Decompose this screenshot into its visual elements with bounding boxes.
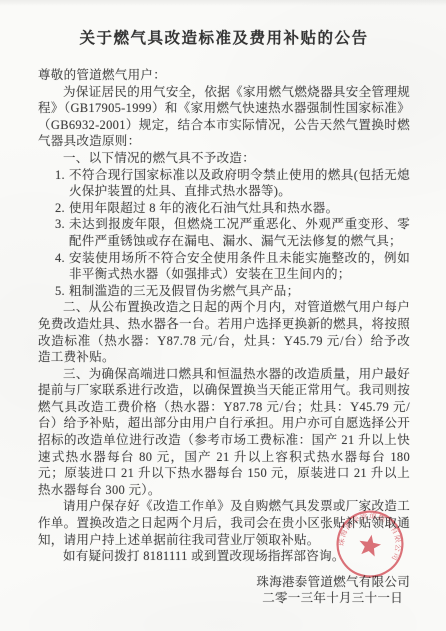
signature-block: 珠海港泰管道燃气有限公司 二零一三年十月三十一日 — [38, 574, 410, 607]
list-item-number: 5. — [55, 283, 69, 300]
salutation: 尊敬的管道燃气用户： — [38, 67, 410, 84]
paragraph-intro: 为保证居民的用气安全，依据《家用燃气燃烧器具安全管理规程》（GB17905-19… — [38, 84, 410, 150]
list-item-text: 粗制滥造的三无及假冒伪劣燃气具产品； — [69, 283, 410, 300]
paragraph-section-two: 二、从公布置换改造之日起的两个月内，对管道燃气用户每户免费改造灶具、热水器各一台… — [38, 299, 410, 365]
company-signature: 珠海港泰管道燃气有限公司 — [38, 574, 410, 591]
list-item-text: 使用年限超过 8 年的液化石油气灶具和热水器。 — [69, 200, 410, 217]
list-item: 1. 不符合现行国家标准以及政府明令禁止使用的燃具(包括无熄火保护装置的灶具、直… — [55, 167, 410, 200]
paragraph-section-three: 三、为确保高端进口燃具和恒温热水器的改造质量，用户最好提前与厂家联系进行改造，以… — [38, 366, 410, 499]
rules-heading: 一、以下情况的燃气具不予改造： — [38, 150, 410, 167]
document-body: 尊敬的管道燃气用户： 为保证居民的用气安全，依据《家用燃气燃烧器具安全管理规程》… — [38, 67, 410, 607]
list-item: 2. 使用年限超过 8 年的液化石油气灶具和热水器。 — [55, 200, 410, 217]
paragraph-keep-receipts: 请用户保存好《改造工作单》及自购燃气具发票或厂家改造工作单。置换改造之日起两个月… — [38, 498, 410, 548]
paragraph-contact: 如有疑问拨打 8181111 或到置改现场指挥部咨询。 — [38, 548, 410, 565]
list-item-number: 4. — [55, 250, 69, 283]
list-item-text: 不符合现行国家标准以及政府明令禁止使用的燃具(包括无熄火保护装置的灶具、直排式热… — [69, 167, 410, 200]
list-item: 5. 粗制滥造的三无及假冒伪劣燃气具产品； — [55, 283, 410, 300]
document-title: 关于燃气具改造标准及费用补贴的公告 — [38, 26, 410, 48]
list-item-number: 1. — [55, 167, 69, 200]
list-item-text: 未达到报废年限，但燃烧工况严重恶化、外观严重变形、零配件严重锈蚀或存在漏电、漏水… — [69, 216, 410, 249]
rules-list: 1. 不符合现行国家标准以及政府明令禁止使用的燃具(包括无熄火保护装置的灶具、直… — [55, 167, 410, 300]
document-date: 二零一三年十月三十一日 — [38, 590, 410, 607]
list-item: 4. 安装使用场所不符合安全使用条件且未能实施整改的，例如非平衡式热水器（如强排… — [55, 250, 410, 283]
list-item-text: 安装使用场所不符合安全使用条件且未能实施整改的，例如非平衡式热水器（如强排式）安… — [69, 250, 410, 283]
list-item-number: 3. — [55, 216, 69, 249]
notice-document: 关于燃气具改造标准及费用补贴的公告 尊敬的管道燃气用户： 为保证居民的用气安全，… — [0, 0, 446, 607]
scanned-notice-page: { "page": { "paper_color": "#fafaf8", "i… — [0, 0, 446, 631]
list-item-number: 2. — [55, 200, 69, 217]
list-item: 3. 未达到报废年限，但燃烧工况严重恶化、外观严重变形、零配件严重锈蚀或存在漏电… — [55, 216, 410, 249]
